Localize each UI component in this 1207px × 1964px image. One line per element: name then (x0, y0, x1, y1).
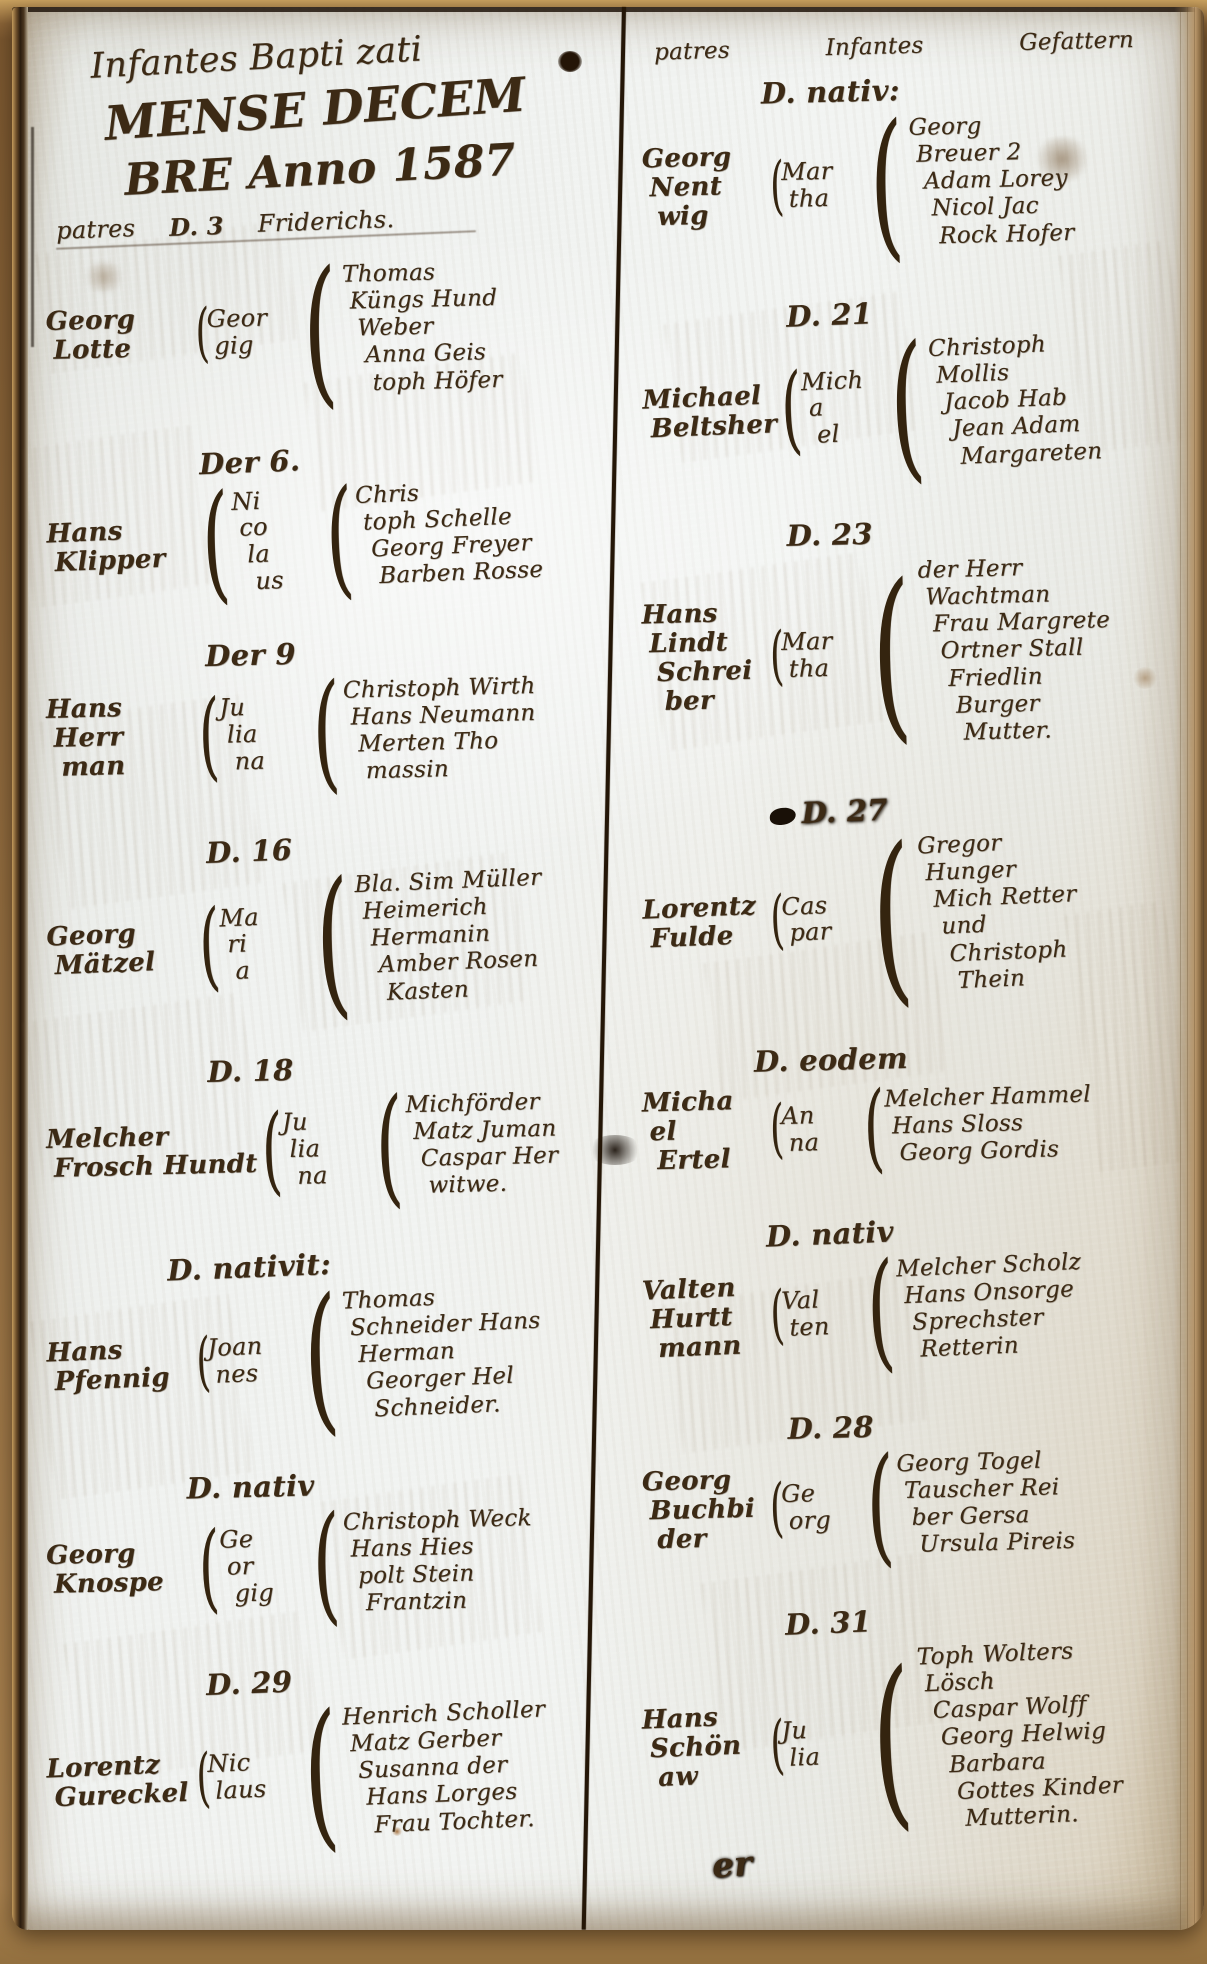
parent-name: LorentzFulde (642, 892, 770, 955)
witnesses-names: Christoph SchelleGeorg FreyerBarben Ross… (355, 472, 621, 591)
infant-name: Martha (781, 627, 860, 683)
witnesses-names: Toph WoltersLöschCaspar WolffGeorg Helwi… (916, 1635, 1174, 1835)
parent-name: GeorgMätzel (46, 917, 196, 981)
entry-date: D. nativ (639, 1210, 1020, 1259)
brace-icon: ( (770, 894, 786, 947)
brace-icon: ( (301, 264, 339, 396)
ink-blot (769, 807, 796, 825)
brace-icon: ( (770, 1103, 785, 1156)
register-entry: D. 31HansSchönaw(Julia(Toph WoltersLösch… (638, 1593, 1175, 1846)
register-entry: GeorgLotte(Georgig(ThomasKüngs HundWeber… (44, 255, 619, 405)
register-entry: D. 29LorentzGureckel(Niclaus(Henrich Sch… (43, 1651, 622, 1851)
brace-icon: ( (779, 369, 803, 448)
register-entry: D. eodemMichaelErtel(Anna(Melcher Hammel… (640, 1034, 1171, 1176)
entry-date: D. 31 (638, 1599, 1019, 1648)
brace-icon: ( (869, 840, 915, 993)
brace-icon: ( (324, 485, 356, 591)
register-entry: D. nativValtenHurttmann(Valten(Melcher S… (639, 1204, 1173, 1376)
register-entry: D. 21MichaelBeltsher(Michael(ChristophMo… (639, 284, 1174, 483)
page-stack-fore-edge (1174, 7, 1204, 1930)
parent-name: HansSchönaw (641, 1702, 770, 1794)
witnesses-names: Georg TogelTauscher Reiber GersaUrsula P… (896, 1444, 1172, 1559)
right-column-header: patres Infantes Gefattern (642, 26, 1170, 66)
parent-name: GeorgNentwig (642, 143, 770, 233)
infant-name: Georgig (219, 1525, 307, 1608)
stray-ink-mark: er (711, 1844, 754, 1887)
brace-icon: ( (312, 1512, 342, 1618)
brace-icon: ( (770, 1482, 785, 1535)
brace-icon: ( (200, 490, 232, 596)
witnesses-names: GregorHungerMich RetterundChristophThein (917, 824, 1174, 997)
parent-name: HansLindtSchreiber (641, 598, 770, 717)
infant-name: Niclaus (207, 1747, 295, 1804)
witnesses-names: der HerrWachtmanFrau MargreteOrtner Stal… (917, 552, 1172, 748)
brace-icon: ( (198, 696, 221, 775)
witnesses-names: Henrich SchollerMatz GerberSusanna derHa… (342, 1693, 622, 1840)
brace-icon: ( (301, 1291, 341, 1423)
parent-name: GeorgLotte (45, 304, 194, 366)
witnesses-names: MichförderMatz JumanCaspar Herwitwe. (405, 1087, 620, 1201)
register-entry: Der 6.HansKlipper(Nicolaus(Christoph Sch… (43, 430, 621, 603)
patres-label: patres (56, 214, 136, 246)
left-entries: GeorgLotte(Georgig(ThomasKüngs HundWeber… (46, 262, 618, 1841)
register-entry: D. nativGeorgKnospe(Georgig(Christoph We… (44, 1461, 620, 1625)
brace-icon: ( (770, 1719, 786, 1772)
entry-date: Der 6. (43, 437, 456, 488)
entry-date: D. nativ: (640, 70, 1021, 113)
subheader-name: Friderichs. (257, 205, 395, 239)
register-entry: D. 23HansLindtSchreiber(Martha(der HerrW… (639, 510, 1173, 755)
brace-icon: ( (865, 1258, 897, 1364)
brace-icon: ( (314, 874, 354, 1006)
infant-name: Juliana (219, 693, 307, 776)
infant-name: Juliana (282, 1107, 370, 1190)
parent-name: HansKlipper (46, 514, 196, 578)
brace-icon: ( (261, 1110, 284, 1189)
register-photo: Infantes Bapti zati MENSE DECEM BRE Anno… (0, 0, 1207, 1964)
register-entry: D. 18MelcherFrosch Hundt(Juliana(Michför… (44, 1045, 620, 1209)
witnesses-names: GeorgBreuer 2Adam LoreyNicol JacRock Hof… (908, 109, 1172, 251)
entry-date: D. nativ (44, 1465, 457, 1509)
godparents-label: Gefattern (1019, 27, 1134, 56)
infant-name: Nicolaus (231, 485, 321, 596)
cover-top-edge (12, 7, 1196, 12)
brace-icon: ( (887, 338, 927, 470)
witnesses-names: Christoph WirthHans NeumannMerten Thomas… (343, 671, 620, 786)
infant-name: Caspar (781, 891, 861, 948)
infant-name: Georg (781, 1479, 860, 1535)
entry-date: D. 23 (639, 513, 1020, 556)
spine-crease (31, 127, 34, 347)
entry-date: Der 9 (44, 633, 457, 677)
entry-date: D. eodem (640, 1038, 1021, 1081)
register-entry: Der 9HansHerrman(Juliana(Christoph Wirth… (44, 629, 620, 793)
parent-name: GeorgBuchbider (642, 1465, 770, 1555)
witnesses-names: Christoph WeckHans Hiespolt SteinFrantzi… (343, 1503, 620, 1618)
witnesses-names: Melcher HammelHans SlossGeorg Gordis (884, 1079, 1171, 1167)
brace-icon: ( (195, 307, 210, 360)
brace-icon: ( (196, 1335, 212, 1388)
left-register-column: Infantes Bapti zati MENSE DECEM BRE Anno… (46, 33, 618, 1885)
brace-icon: ( (869, 1664, 915, 1817)
first-entry-date: D. 3 (169, 211, 225, 242)
parent-name: MelcherFrosch Hundt (46, 1121, 258, 1184)
brace-icon: ( (770, 1289, 786, 1342)
register-entry: D. nativit:HansPfennig(Joannes(ThomasSch… (43, 1235, 622, 1435)
brace-icon: ( (375, 1094, 405, 1200)
infantes-label: Infantes (825, 33, 924, 62)
brace-icon: ( (870, 577, 913, 730)
brace-icon: ( (868, 117, 906, 249)
entry-date: D. 16 (43, 826, 456, 877)
infant-name: Joannes (207, 1331, 295, 1388)
infant-name: Maria (219, 901, 308, 985)
parent-name: LorentzGureckel (46, 1749, 196, 1813)
right-register-column: patres Infantes Gefattern D. nativ:Georg… (642, 33, 1170, 1879)
entry-date: D. 21 (639, 290, 1020, 339)
brace-icon: ( (198, 906, 222, 985)
brace-icon: ( (863, 1088, 886, 1167)
infant-name: Martha (781, 157, 860, 213)
right-entries: D. nativ:GeorgNentwig(Martha(GeorgBreuer… (642, 73, 1170, 1835)
infant-name: Anna (781, 1101, 860, 1157)
parent-name: GeorgKnospe (46, 1539, 195, 1601)
register-entry: D. 16GeorgMätzel(Maria(Bla. Sim MüllerHe… (43, 819, 622, 1019)
parent-name: HansPfennig (46, 1333, 196, 1397)
register-entry: D. 27LorentzFulde(Caspar(GregorHungerMic… (638, 782, 1174, 1008)
entry-date: D. nativit: (43, 1242, 456, 1293)
parent-name: HansHerrman (46, 692, 196, 783)
entry-date: D. 27 (638, 788, 1019, 837)
witnesses-names: Bla. Sim MüllerHeimerichHermaninAmber Ro… (354, 861, 621, 1007)
witnesses-names: Melcher ScholzHans OnsorgeSprechsterRett… (896, 1246, 1173, 1365)
infant-name: Valten (781, 1285, 861, 1342)
infant-name: Georgig (206, 304, 293, 360)
brace-icon: ( (312, 680, 342, 786)
entry-date: D. 29 (43, 1658, 456, 1709)
witnesses-names: ChristophMollisJacob HabJean AdamMargare… (928, 326, 1174, 471)
witnesses-names: ThomasKüngs HundWeberAnna Geistoph Höfer (342, 255, 620, 397)
witnesses-names: ThomasSchneider HansHermanGeorger HelSch… (342, 1277, 622, 1424)
book-spine-edge (12, 7, 28, 1930)
parent-name: ValtenHurttmann (641, 1272, 770, 1364)
parent-name: MichaelBeltsher (642, 381, 778, 445)
register-entry: D. nativ:GeorgNentwig(Martha(GeorgBreuer… (640, 67, 1172, 257)
entry-date: D. 28 (640, 1406, 1021, 1449)
brace-icon: ( (196, 1751, 212, 1804)
infant-name: Michael (800, 365, 881, 449)
patres-label: patres (654, 38, 731, 66)
manuscript-page: Infantes Bapti zati MENSE DECEM BRE Anno… (12, 7, 1204, 1930)
register-entry: D. 28GeorgBuchbider(Georg(Georg TogelTau… (640, 1402, 1172, 1565)
brace-icon: ( (770, 160, 785, 213)
brace-icon: ( (198, 1528, 221, 1607)
brace-icon: ( (301, 1707, 341, 1839)
parent-name: MichaelErtel (642, 1086, 770, 1176)
brace-icon: ( (865, 1453, 895, 1559)
brace-icon: ( (770, 630, 785, 683)
infant-name: Julia (781, 1715, 861, 1772)
